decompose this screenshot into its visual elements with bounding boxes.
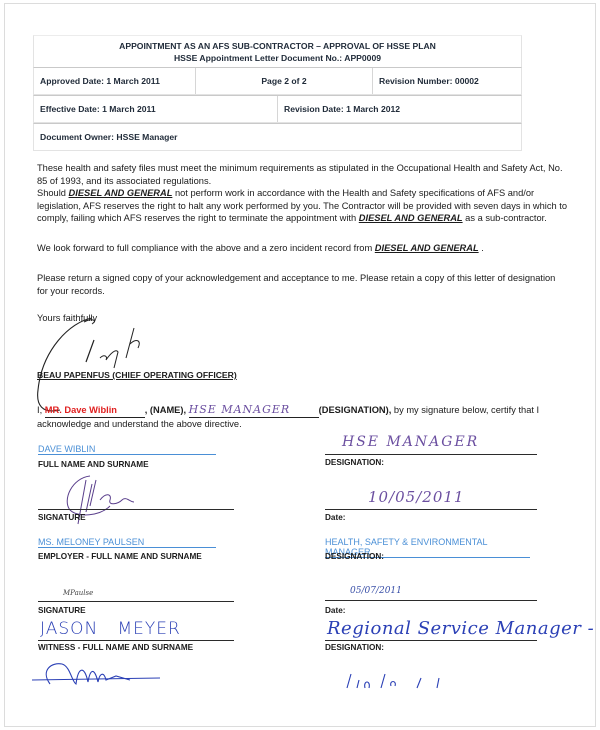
acknowledgement-statement: I, MR. Dave Wiblin, (NAME), HSE MANAGER(…: [37, 404, 567, 430]
employer-full-name: MS. MELONEY PAULSEN: [38, 537, 216, 548]
witness-designation-line: [325, 640, 537, 641]
document-header-table: APPOINTMENT AS AN AFS SUB-CONTRACTOR – A…: [33, 35, 522, 151]
employer-signature: MPaulse: [63, 589, 93, 597]
witness-full-name-handwritten: JASON MEYER: [40, 619, 181, 639]
company-name: DIESEL AND GENERAL: [69, 188, 173, 198]
witness-signature: [30, 660, 170, 690]
approved-date: Approved Date: 1 March 2011: [40, 68, 195, 94]
witness-full-name-label: WITNESS - FULL NAME AND SURNAME: [38, 643, 193, 652]
ack-prefix: I,: [37, 405, 45, 415]
signatory-name: BEAU PAPENFUS (CHIEF OPERATING OFFICER): [37, 369, 567, 382]
company-name: DIESEL AND GENERAL: [359, 213, 463, 223]
header-row-owner: Document Owner: HSSE Manager: [33, 123, 522, 151]
witness-designation-label: DESIGNATION:: [325, 643, 384, 652]
ack-designation-label: (DESIGNATION),: [319, 405, 392, 415]
contractor-full-name-label: FULL NAME AND SURNAME: [38, 460, 149, 469]
effective-date: Effective Date: 1 March 2011: [40, 96, 275, 122]
ack-name-label: , (NAME),: [145, 405, 186, 415]
employer-designation-label: DESIGNATION:: [325, 552, 384, 561]
contractor-full-name: DAVE WIBLIN: [38, 444, 216, 455]
revision-date: Revision Date: 1 March 2012: [284, 96, 514, 122]
contractor-date-label: Date:: [325, 513, 345, 522]
paragraph-compliance-end: .: [479, 243, 484, 253]
paragraph-requirements: These health and safety files must meet …: [37, 162, 567, 225]
contractor-signature-line: [38, 509, 234, 510]
header-title-cell: APPOINTMENT AS AN AFS SUB-CONTRACTOR – A…: [33, 35, 522, 67]
employer-date-label: Date:: [325, 606, 345, 615]
witness-date-scribble: [345, 670, 455, 690]
paragraph-compliance-text: We look forward to full compliance with …: [37, 243, 375, 253]
paragraph-compliance: We look forward to full compliance with …: [37, 242, 567, 255]
contractor-date-handwritten: 10/05/2011: [368, 488, 464, 506]
company-name: DIESEL AND GENERAL: [375, 243, 479, 253]
paragraph-return-copy: Please return a signed copy of your ackn…: [37, 272, 567, 297]
employer-full-name-label: EMPLOYER - FULL NAME AND SURNAME: [38, 552, 202, 561]
contractor-date-line: [325, 509, 537, 510]
ack-suffix: by my signature below, certify that I: [391, 405, 539, 415]
employer-signature-line: [38, 601, 234, 602]
header-row-dates: Approved Date: 1 March 2011 Page 2 of 2 …: [33, 67, 522, 95]
paragraph-termination-end: as a sub-contractor.: [463, 213, 547, 223]
ack-designation-field: HSE MANAGER: [189, 404, 319, 418]
header-title: APPOINTMENT AS AN AFS SUB-CONTRACTOR – A…: [34, 40, 521, 52]
paragraph-termination-start: Should: [37, 188, 69, 198]
contractor-designation-label: DESIGNATION:: [325, 458, 384, 467]
header-subtitle: HSSE Appointment Letter Document No.: AP…: [34, 52, 521, 64]
paragraph-requirements-text: These health and safety files must meet …: [37, 163, 563, 186]
employer-date-line: [325, 600, 537, 601]
header-row-effective: Effective Date: 1 March 2011 Revision Da…: [33, 95, 522, 123]
witness-name-line: [38, 640, 234, 641]
witness-designation-handwritten: Regional Service Manager -: [327, 618, 594, 639]
document-owner: Document Owner: HSSE Manager: [40, 124, 510, 150]
contractor-designation-line: [325, 454, 537, 455]
employer-signature-label: SIGNATURE: [38, 606, 86, 615]
page-number: Page 2 of 2: [196, 68, 372, 94]
contractor-designation-handwritten: HSE MANAGER: [342, 434, 479, 450]
ack-name-field: MR. Dave Wiblin: [45, 404, 145, 418]
ack-line-2: acknowledge and understand the above dir…: [37, 419, 242, 429]
revision-number: Revision Number: 00002: [379, 68, 519, 94]
employer-date-handwritten: 05/07/2011: [350, 586, 402, 596]
contractor-signature-label: SIGNATURE: [38, 513, 86, 522]
